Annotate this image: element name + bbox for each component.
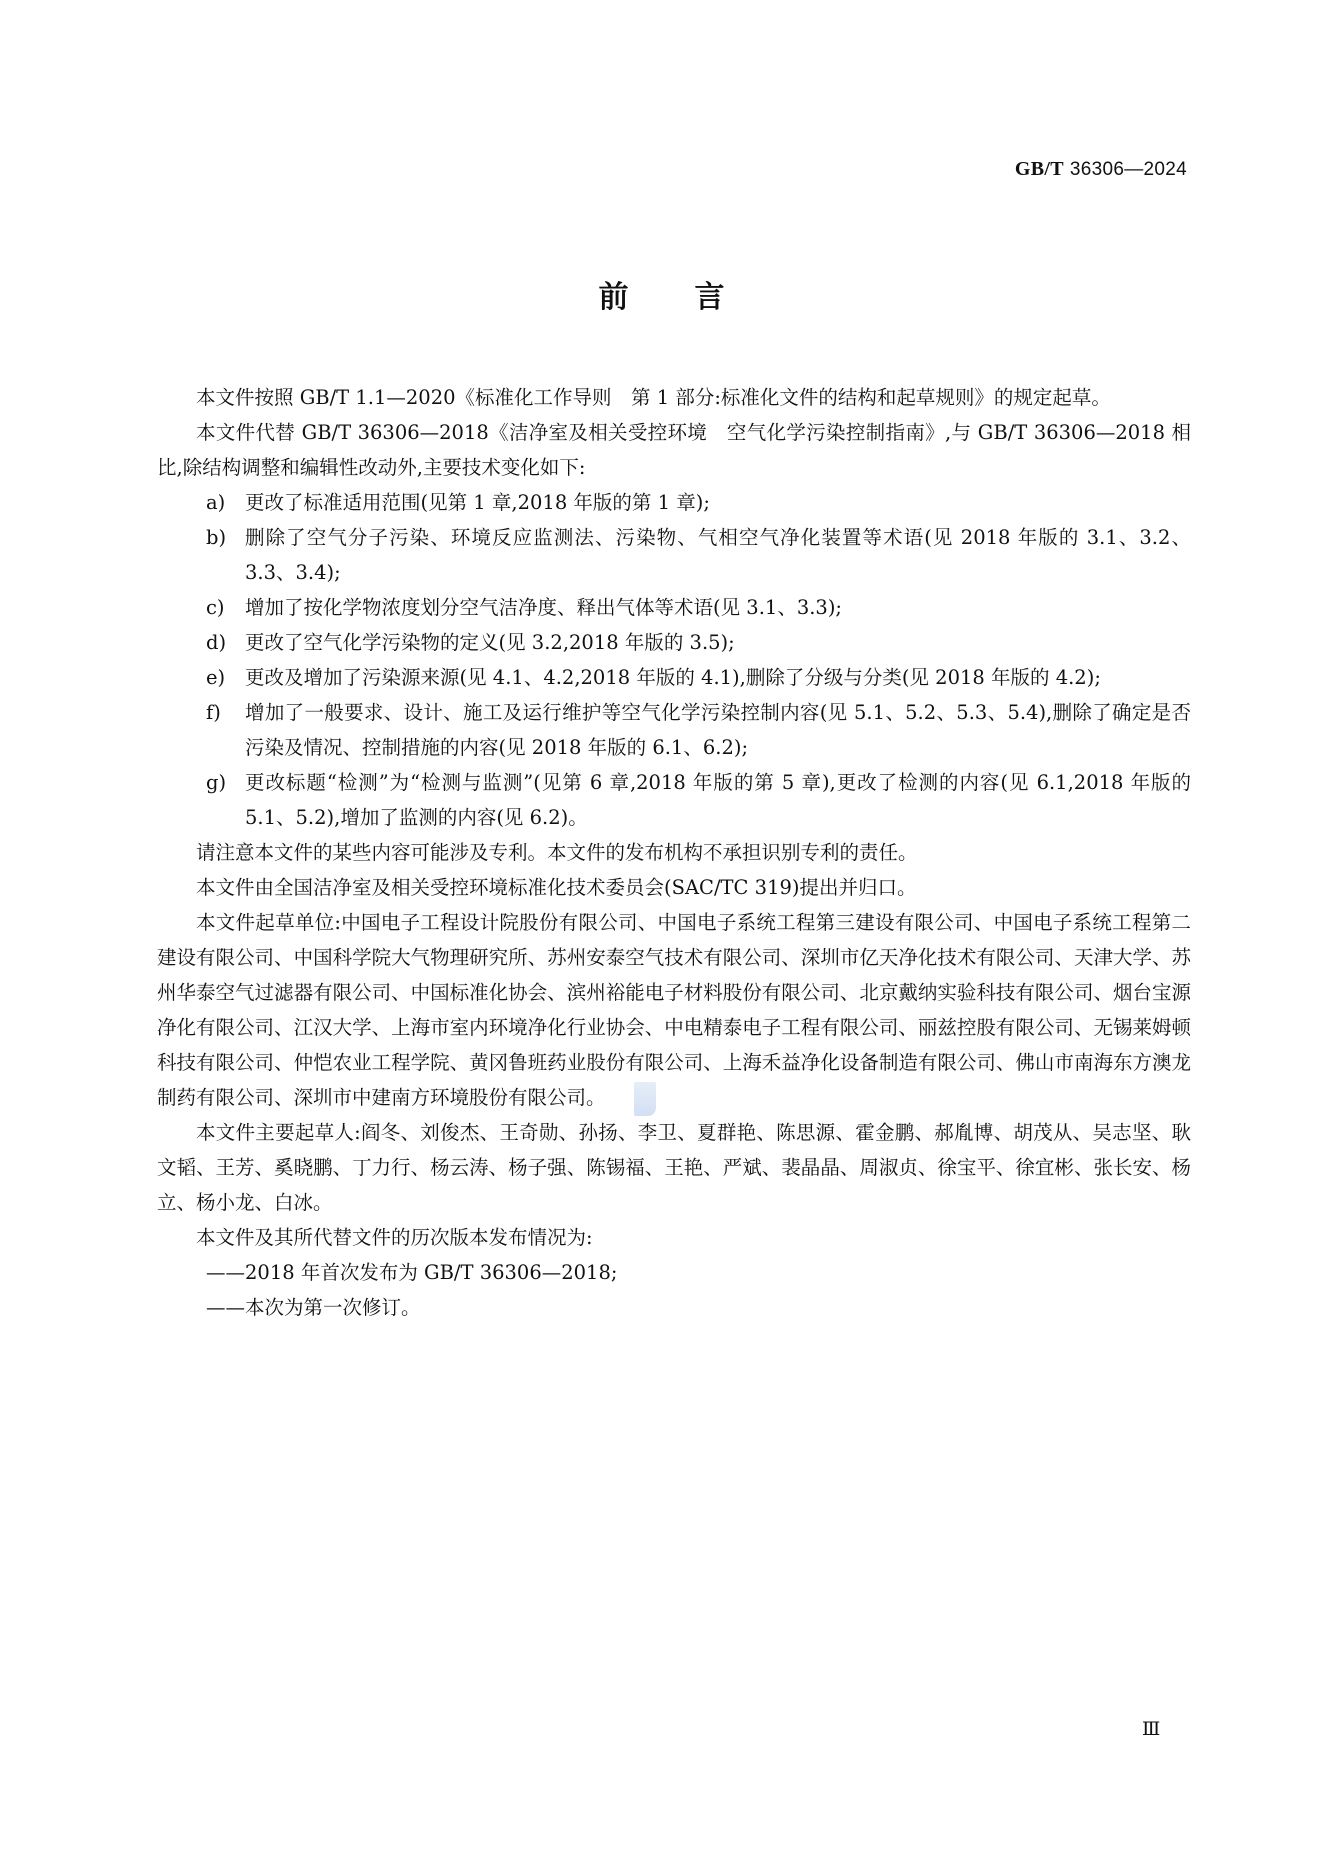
list-item: d) 更改了空气化学污染物的定义(见 3.2,2018 年版的 3.5); [157,625,1191,660]
watermark-logo-icon [634,1082,656,1116]
page-number: Ⅲ [1142,1718,1159,1741]
drafting-organizations-paragraph: 本文件起草单位:中国电子工程设计院股份有限公司、中国电子系统工程第三建设有限公司… [157,905,1191,1115]
replacement-paragraph: 本文件代替 GB/T 36306—2018《洁净室及相关受控环境 空气化学污染控… [157,415,1191,485]
list-item: c) 增加了按化学物浓度划分空气洁净度、释出气体等术语(见 3.1、3.3); [157,590,1191,625]
list-marker: e) [206,660,225,695]
proposer-paragraph: 本文件由全国洁净室及相关受控环境标准化技术委员会(SAC/TC 319)提出并归… [157,870,1191,905]
standard-number: GB/T36306—2024 [1015,158,1187,181]
version-history-item: ——2018 年首次发布为 GB/T 36306—2018; [157,1255,1191,1290]
patent-notice-paragraph: 请注意本文件的某些内容可能涉及专利。本文件的发布机构不承担识别专利的责任。 [157,835,1191,870]
page-title: 前言 [0,272,1323,316]
list-marker: g) [206,765,226,800]
list-marker: c) [206,590,225,625]
list-marker: a) [206,485,225,520]
list-item-text: 删除了空气分子污染、环境反应监测法、污染物、气相空气净化装置等术语(见 2018… [245,526,1191,584]
list-item: f) 增加了一般要求、设计、施工及运行维护等空气化学污染控制内容(见 5.1、5… [157,695,1191,765]
list-item-text: 更改了标准适用范围(见第 1 章,2018 年版的第 1 章); [245,491,710,514]
version-history-item: ——本次为第一次修订。 [157,1290,1191,1325]
drafters-paragraph: 本文件主要起草人:阎冬、刘俊杰、王奇勋、孙扬、李卫、夏群艳、陈思源、霍金鹏、郝胤… [157,1115,1191,1220]
list-item: b) 删除了空气分子污染、环境反应监测法、污染物、气相空气净化装置等术语(见 2… [157,520,1191,590]
list-item: g) 更改标题“检测”为“检测与监测”(见第 6 章,2018 年版的第 5 章… [157,765,1191,835]
list-item-text: 更改标题“检测”为“检测与监测”(见第 6 章,2018 年版的第 5 章),更… [245,771,1191,829]
list-item-text: 更改及增加了污染源来源(见 4.1、4.2,2018 年版的 4.1),删除了分… [245,666,1101,689]
list-item-text: 增加了按化学物浓度划分空气洁净度、释出气体等术语(见 3.1、3.3); [245,596,842,619]
version-history-intro: 本文件及其所代替文件的历次版本发布情况为: [157,1220,1191,1255]
standard-prefix: GB/T [1015,158,1064,180]
list-item-text: 增加了一般要求、设计、施工及运行维护等空气化学污染控制内容(见 5.1、5.2、… [245,701,1191,759]
list-item: e) 更改及增加了污染源来源(见 4.1、4.2,2018 年版的 4.1),删… [157,660,1191,695]
list-item: a) 更改了标准适用范围(见第 1 章,2018 年版的第 1 章); [157,485,1191,520]
list-marker: f) [206,695,221,730]
drafting-basis-paragraph: 本文件按照 GB/T 1.1—2020《标准化工作导则 第 1 部分:标准化文件… [157,380,1191,415]
list-item-text: 更改了空气化学污染物的定义(见 3.2,2018 年版的 3.5); [245,631,735,654]
list-marker: d) [206,625,226,660]
document-body: 本文件按照 GB/T 1.1—2020《标准化工作导则 第 1 部分:标准化文件… [157,380,1191,1325]
list-marker: b) [206,520,226,555]
standard-code: 36306—2024 [1070,159,1187,180]
technical-changes-list: a) 更改了标准适用范围(见第 1 章,2018 年版的第 1 章); b) 删… [157,485,1191,835]
